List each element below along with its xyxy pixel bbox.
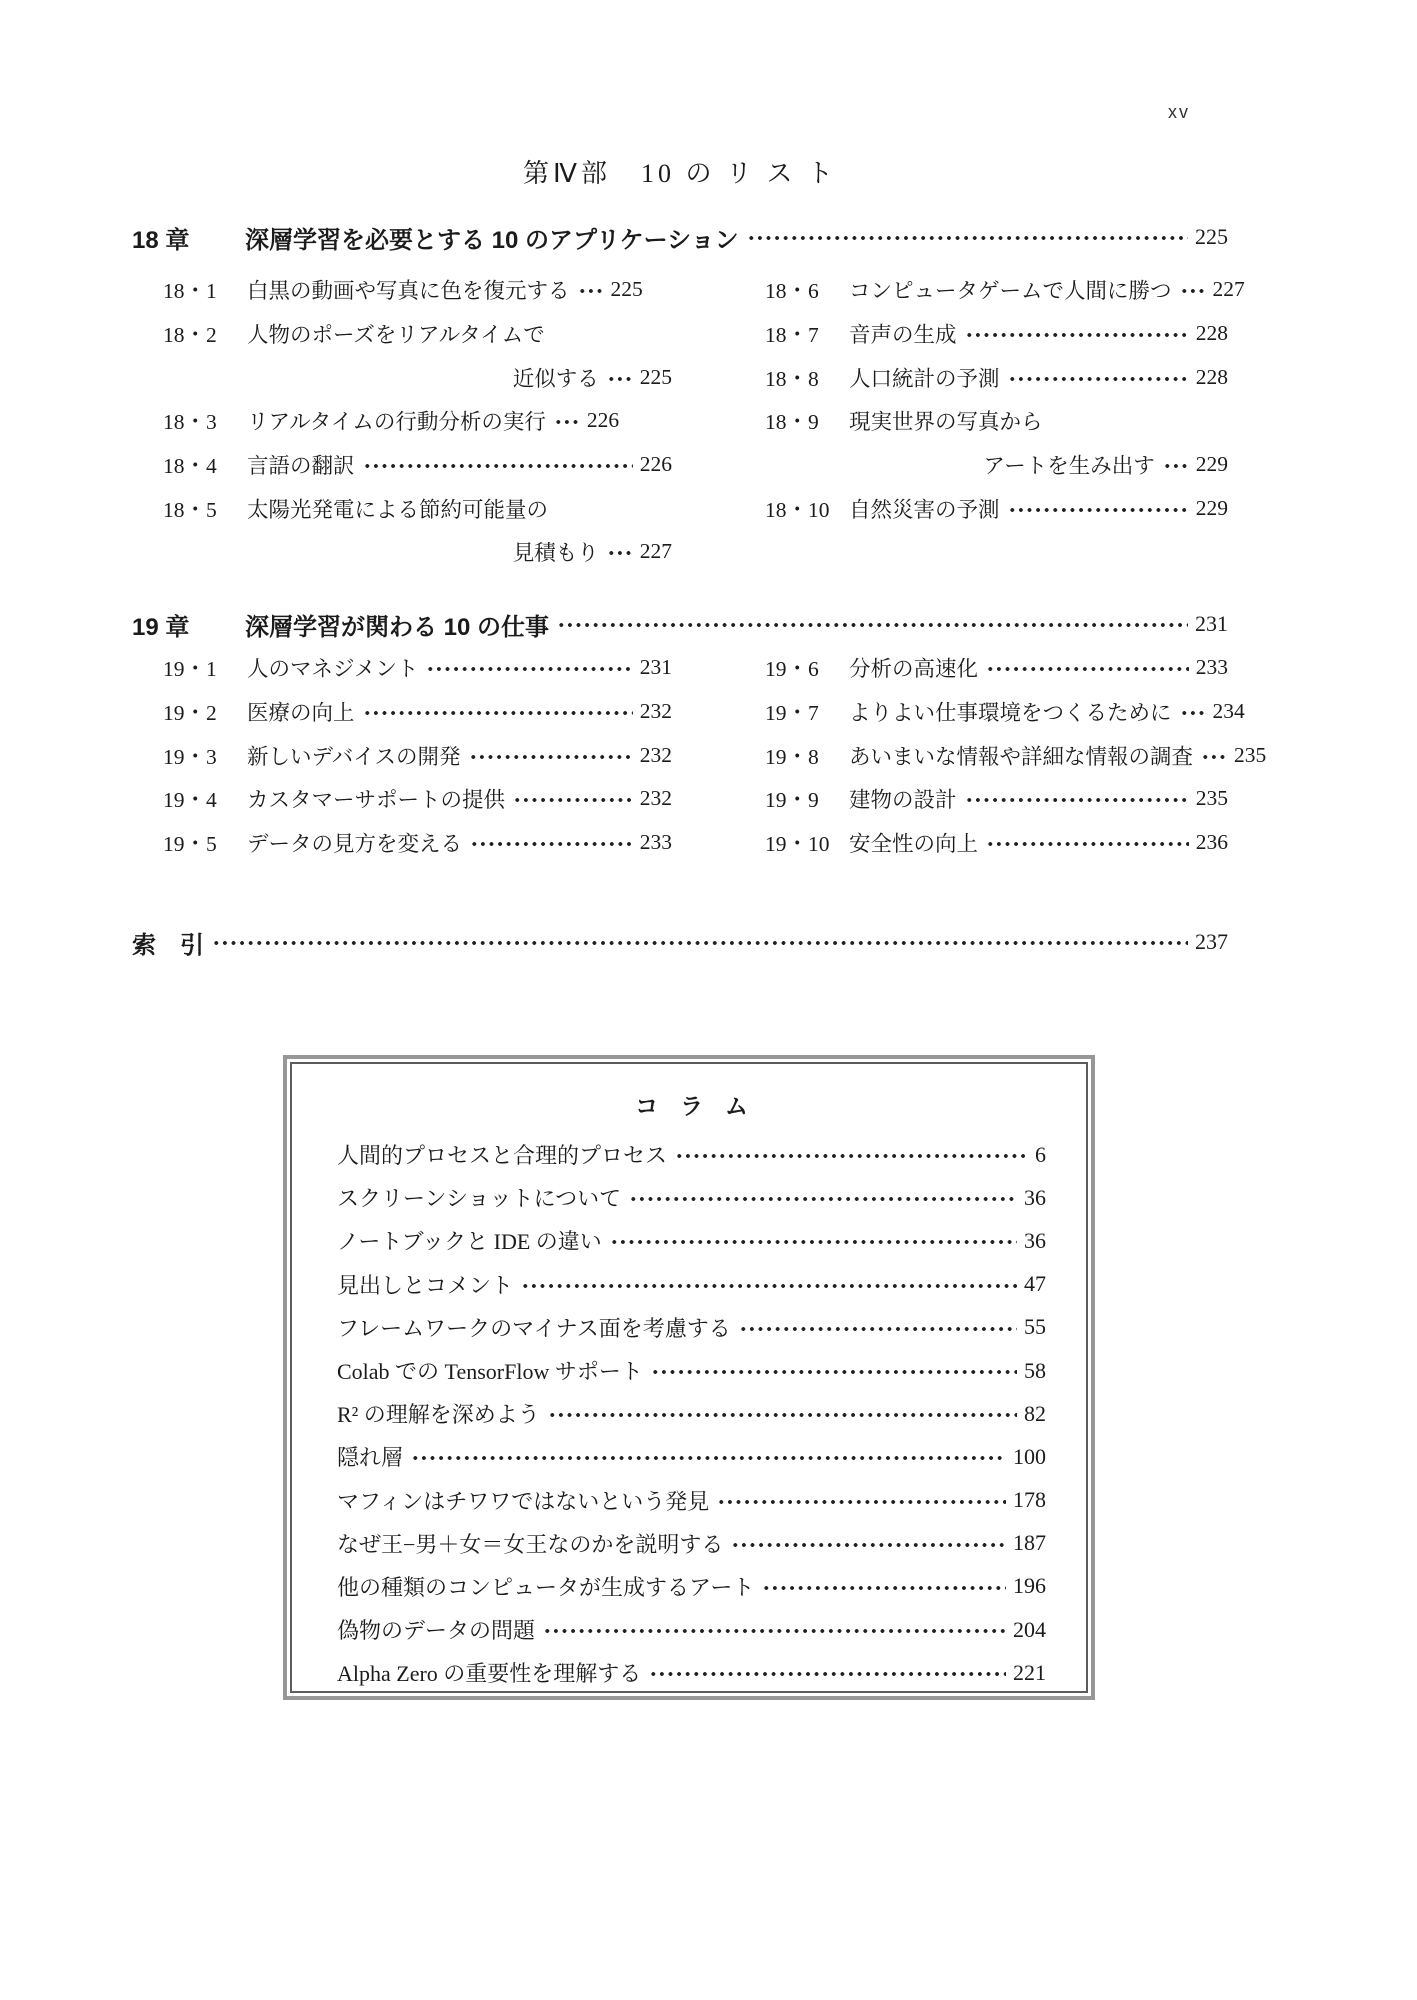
section-number: 18・7 <box>765 318 833 349</box>
dot-leader <box>647 1651 1006 1694</box>
dot-leader <box>1199 733 1227 777</box>
section-title: 人物のポーズをリアルタイムで <box>247 318 545 349</box>
section-title-continuation: アートを生み出す <box>983 449 1154 480</box>
column-entry: Colab での TensorFlow サポート 58 <box>337 1349 1046 1392</box>
toc-row: 18・3 リアルタイムの行動分析の実行 226 <box>163 399 672 443</box>
dot-leader <box>361 690 633 734</box>
section-title: 白黒の動画や写真に色を復元する <box>247 274 570 305</box>
dot-leader <box>552 399 580 443</box>
dot-leader <box>1178 690 1206 734</box>
section-number: 19・4 <box>163 783 231 814</box>
toc-row: 18・5 太陽光発電による節約可能量の <box>163 486 672 530</box>
dot-leader <box>546 1392 1017 1435</box>
section-title: 建物の設計 <box>849 783 957 814</box>
section-title: 音声の生成 <box>849 318 957 349</box>
dot-leader <box>1161 443 1189 487</box>
toc-continuation-row: 近似する 225 <box>163 355 672 399</box>
section-number: 19・7 <box>765 696 833 727</box>
section-number: 18・8 <box>765 362 833 393</box>
page-ref: 237 <box>1195 929 1228 955</box>
dot-leader <box>1006 486 1189 530</box>
toc-page: xv 第Ⅳ部 10 の リ ス ト 18 章 深層学習を必要とする 10 のアプ… <box>0 0 1417 2000</box>
dot-leader <box>424 646 632 690</box>
section-number: 18・5 <box>163 493 231 524</box>
toc-continuation-row: アートを生み出す 229 <box>765 443 1228 487</box>
page-ref: 178 <box>1013 1487 1046 1513</box>
index-heading: 索 引 237 <box>132 924 1228 960</box>
dot-leader <box>467 733 633 777</box>
dot-leader <box>605 530 633 574</box>
section-number: 18・4 <box>163 449 231 480</box>
section-title: 現実世界の写真から <box>849 405 1043 436</box>
dot-leader <box>984 821 1189 865</box>
dot-leader <box>519 1263 1017 1306</box>
section-number: 18・2 <box>163 318 231 349</box>
column-entry: スクリーンショットについて 36 <box>337 1176 1046 1219</box>
section-title: 安全性の向上 <box>849 827 978 858</box>
page-ref: 225 <box>611 277 643 302</box>
page-ref: 232 <box>640 786 672 811</box>
section-number: 18・9 <box>765 405 833 436</box>
column-entry-title: なぜ王−男＋女＝女王なのかを説明する <box>337 1528 723 1559</box>
chapter-19-right-column: 19・6 分析の高速化 233 19・7 よりよい仕事環境をつくるために 234… <box>765 646 1228 864</box>
page-ref: 234 <box>1213 699 1245 724</box>
section-number: 18・10 <box>765 493 833 524</box>
page-ref: 228 <box>1196 321 1228 346</box>
dot-leader <box>541 1608 1006 1651</box>
column-entry-title: フレームワークのマイナス面を考慮する <box>337 1312 731 1343</box>
page-ref: 227 <box>1213 277 1245 302</box>
chapter-18-right-column: 18・6 コンピュータゲームで人間に勝つ 227 18・7 音声の生成 228 … <box>765 268 1228 530</box>
dot-leader <box>984 646 1189 690</box>
page-ref: 235 <box>1196 786 1228 811</box>
column-entry: 見出しとコメント 47 <box>337 1263 1046 1306</box>
section-number: 19・8 <box>765 740 833 771</box>
toc-row: 18・7 音声の生成 228 <box>765 312 1228 356</box>
page-ref: 6 <box>1035 1142 1046 1168</box>
toc-continuation-row: 見積もり 227 <box>163 530 672 574</box>
toc-row: 19・2 医療の向上 232 <box>163 690 672 734</box>
toc-row: 18・8 人口統計の予測 228 <box>765 355 1228 399</box>
column-entry: なぜ王−男＋女＝女王なのかを説明する 187 <box>337 1522 1046 1565</box>
part-title: 第Ⅳ部 10 の リ ス ト <box>132 156 1228 192</box>
page-ref: 100 <box>1013 1444 1046 1470</box>
column-entry-title: Colab での TensorFlow サポート <box>337 1355 643 1386</box>
page-ref: 225 <box>640 365 672 390</box>
section-title: 新しいデバイスの開発 <box>247 740 461 771</box>
page-ref: 232 <box>640 699 672 724</box>
page-ref: 228 <box>1196 365 1228 390</box>
chapter-18-heading: 18 章 深層学習を必要とする 10 のアプリケーション 225 <box>132 219 1228 255</box>
page-ref: 229 <box>1196 496 1228 521</box>
column-entry: ノートブックと IDE の違い 36 <box>337 1219 1046 1262</box>
column-entry: 他の種類のコンピュータが生成するアート 196 <box>337 1565 1046 1608</box>
section-title: 言語の翻訳 <box>247 449 355 480</box>
page-ref: 58 <box>1024 1358 1046 1384</box>
section-title: 太陽光発電による節約可能量の <box>247 493 548 524</box>
dot-leader <box>715 1479 1006 1522</box>
section-number: 19・10 <box>765 827 833 858</box>
column-entry-title: 見出しとコメント <box>337 1269 513 1300</box>
dot-leader <box>511 777 633 821</box>
section-title: 人口統計の予測 <box>849 362 1000 393</box>
dot-leader <box>729 1522 1006 1565</box>
dot-leader <box>737 1306 1017 1349</box>
page-ref: 82 <box>1024 1401 1046 1427</box>
dot-leader <box>627 1176 1017 1219</box>
column-box-inner: コラム 人間的プロセスと合理的プロセス 6 スクリーンショットについて 36 ノ… <box>290 1062 1088 1693</box>
toc-row: 19・4 カスタマーサポートの提供 232 <box>163 777 672 821</box>
dot-leader <box>963 777 1189 821</box>
page-ref: 233 <box>640 830 672 855</box>
toc-row: 19・9 建物の設計 235 <box>765 777 1228 821</box>
page-ref: 232 <box>640 743 672 768</box>
column-entry: フレームワークのマイナス面を考慮する 55 <box>337 1306 1046 1349</box>
dot-leader <box>576 268 604 312</box>
column-entry-title: マフィンはチワワではないという発見 <box>337 1485 709 1516</box>
toc-row: 19・6 分析の高速化 233 <box>765 646 1228 690</box>
column-entry: 人間的プロセスと合理的プロセス 6 <box>337 1133 1046 1176</box>
page-ref: 229 <box>1196 452 1228 477</box>
dot-leader <box>210 924 1188 960</box>
column-entry-title: 偽物のデータの問題 <box>337 1614 535 1645</box>
section-number: 18・1 <box>163 274 231 305</box>
chapter-18-left-column: 18・1 白黒の動画や写真に色を復元する 225 18・2 人物のポーズをリアル… <box>163 268 672 574</box>
dot-leader <box>649 1349 1017 1392</box>
dot-leader <box>409 1435 1006 1478</box>
dot-leader <box>760 1565 1006 1608</box>
section-number: 19・2 <box>163 696 231 727</box>
column-entry: R² の理解を深めよう 82 <box>337 1392 1046 1435</box>
toc-row: 18・2 人物のポーズをリアルタイムで <box>163 312 672 356</box>
dot-leader <box>361 443 633 487</box>
toc-row: 19・7 よりよい仕事環境をつくるために 234 <box>765 690 1228 734</box>
dot-leader <box>673 1133 1028 1176</box>
section-number: 18・6 <box>765 274 833 305</box>
index-label: 索 引 <box>132 925 204 960</box>
page-ref: 226 <box>587 408 619 433</box>
dot-leader <box>555 606 1188 642</box>
chapter-title: 深層学習を必要とする 10 のアプリケーション <box>245 220 739 255</box>
dot-leader <box>1178 268 1206 312</box>
toc-row: 18・10 自然災害の予測 229 <box>765 486 1228 530</box>
page-ref: 226 <box>640 452 672 477</box>
section-title: リアルタイムの行動分析の実行 <box>247 405 546 436</box>
section-title: よりよい仕事環境をつくるために <box>849 696 1172 727</box>
toc-row: 19・1 人のマネジメント 231 <box>163 646 672 690</box>
toc-row: 18・9 現実世界の写真から <box>765 399 1228 443</box>
column-entry: 隠れ層 100 <box>337 1435 1046 1478</box>
page-ref: 36 <box>1024 1185 1046 1211</box>
column-entry-title: Alpha Zero の重要性を理解する <box>337 1657 641 1688</box>
page-ref: 235 <box>1234 743 1266 768</box>
toc-row: 18・4 言語の翻訳 226 <box>163 443 672 487</box>
page-ref: 225 <box>1195 224 1228 250</box>
section-title-continuation: 見積もり <box>513 536 599 567</box>
section-title: 自然災害の予測 <box>849 493 1000 524</box>
section-title: コンピュータゲームで人間に勝つ <box>849 274 1172 305</box>
column-box-entries: 人間的プロセスと合理的プロセス 6 スクリーンショットについて 36 ノートブッ… <box>337 1133 1046 1694</box>
page-number: xv <box>1168 102 1190 123</box>
column-entry: 偽物のデータの問題 204 <box>337 1608 1046 1651</box>
section-title: あいまいな情報や詳細な情報の調査 <box>849 740 1193 771</box>
column-box: コラム 人間的プロセスと合理的プロセス 6 スクリーンショットについて 36 ノ… <box>283 1055 1095 1700</box>
page-ref: 55 <box>1024 1314 1046 1340</box>
column-entry-title: ノートブックと IDE の違い <box>337 1225 602 1256</box>
section-number: 19・5 <box>163 827 231 858</box>
section-title: カスタマーサポートの提供 <box>247 783 505 814</box>
dot-leader <box>605 355 633 399</box>
page-ref: 221 <box>1013 1660 1046 1686</box>
dot-leader <box>468 821 633 865</box>
chapter-19-left-column: 19・1 人のマネジメント 231 19・2 医療の向上 232 19・3 新し… <box>163 646 672 864</box>
page-ref: 233 <box>1196 655 1228 680</box>
page-ref: 231 <box>1195 611 1228 637</box>
dot-leader <box>745 219 1188 255</box>
page-ref: 187 <box>1013 1530 1046 1556</box>
section-title-continuation: 近似する <box>513 362 599 393</box>
page-ref: 227 <box>640 539 672 564</box>
section-number: 19・3 <box>163 740 231 771</box>
toc-row: 18・1 白黒の動画や写真に色を復元する 225 <box>163 268 672 312</box>
column-entry-title: 人間的プロセスと合理的プロセス <box>337 1139 667 1170</box>
toc-row: 18・6 コンピュータゲームで人間に勝つ 227 <box>765 268 1228 312</box>
chapter-title: 深層学習が関わる 10 の仕事 <box>245 607 549 642</box>
section-number: 18・3 <box>163 405 231 436</box>
section-title: 分析の高速化 <box>849 652 978 683</box>
page-ref: 204 <box>1013 1617 1046 1643</box>
toc-row: 19・3 新しいデバイスの開発 232 <box>163 733 672 777</box>
chapter-number: 18 章 <box>132 220 229 255</box>
column-entry-title: スクリーンショットについて <box>337 1182 621 1213</box>
column-entry: マフィンはチワワではないという発見 178 <box>337 1479 1046 1522</box>
page-ref: 236 <box>1196 830 1228 855</box>
toc-row: 19・8 あいまいな情報や詳細な情報の調査 235 <box>765 733 1228 777</box>
section-title: データの見方を変える <box>247 827 462 858</box>
section-number: 19・1 <box>163 652 231 683</box>
chapter-19-heading: 19 章 深層学習が関わる 10 の仕事 231 <box>132 606 1228 642</box>
section-number: 19・6 <box>765 652 833 683</box>
column-box-title: コラム <box>337 1088 1046 1121</box>
chapter-number: 19 章 <box>132 607 229 642</box>
column-entry-title: R² の理解を深めよう <box>337 1398 540 1429</box>
page-ref: 47 <box>1024 1271 1046 1297</box>
page-ref: 196 <box>1013 1573 1046 1599</box>
column-entry: Alpha Zero の重要性を理解する 221 <box>337 1651 1046 1694</box>
page-ref: 36 <box>1024 1228 1046 1254</box>
dot-leader <box>963 312 1189 356</box>
section-number: 19・9 <box>765 783 833 814</box>
dot-leader <box>608 1219 1017 1262</box>
section-title: 人のマネジメント <box>247 652 418 683</box>
page-ref: 231 <box>640 655 672 680</box>
section-title: 医療の向上 <box>247 696 355 727</box>
column-entry-title: 他の種類のコンピュータが生成するアート <box>337 1571 754 1602</box>
column-entry-title: 隠れ層 <box>337 1441 403 1472</box>
toc-row: 19・10 安全性の向上 236 <box>765 821 1228 865</box>
dot-leader <box>1006 355 1189 399</box>
toc-row: 19・5 データの見方を変える 233 <box>163 821 672 865</box>
